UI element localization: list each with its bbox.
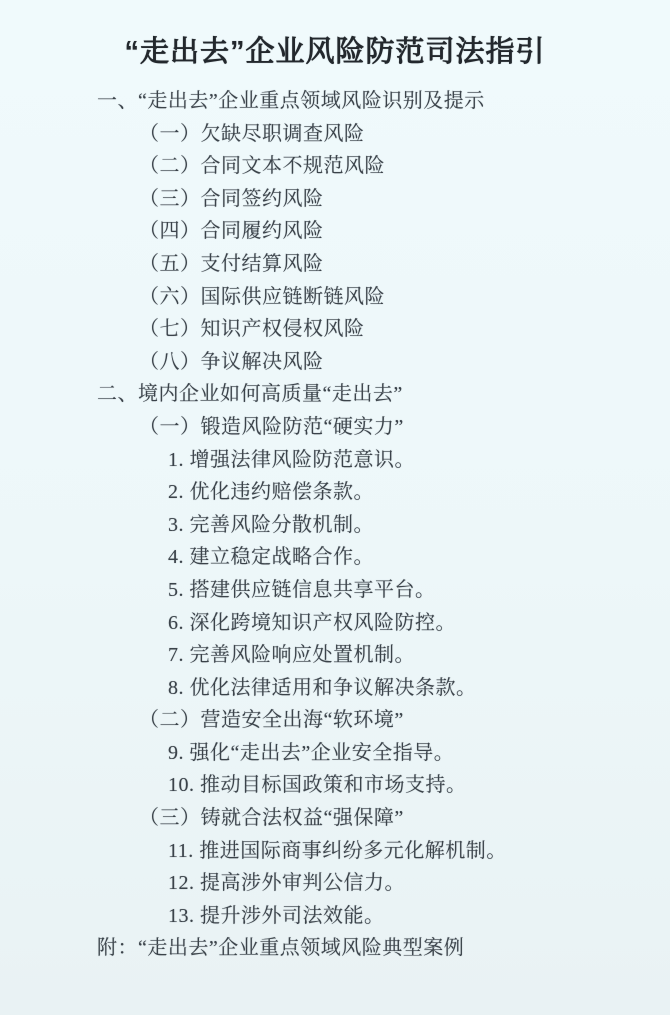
outline-item: （七）知识产权侵权风险 <box>0 313 670 346</box>
outline-item: 二、境内企业如何高质量“走出去” <box>0 378 670 411</box>
outline-item: （一）欠缺尽职调查风险 <box>0 118 670 151</box>
document-title: “走出去”企业风险防范司法指引 <box>0 0 670 74</box>
outline-item: （四）合同履约风险 <box>0 215 670 248</box>
document-page: “走出去”企业风险防范司法指引 一、“走出去”企业重点领域风险识别及提示（一）欠… <box>0 0 670 1015</box>
outline-item: （六）国际供应链断链风险 <box>0 281 670 314</box>
outline-item: 13. 提升涉外司法效能。 <box>0 900 670 933</box>
outline-item: 10. 推动目标国政策和市场支持。 <box>0 769 670 802</box>
outline-item: （二）营造安全出海“软环境” <box>0 704 670 737</box>
outline-item: 附：“走出去”企业重点领域风险典型案例 <box>0 932 670 965</box>
outline-item: （二）合同文本不规范风险 <box>0 150 670 183</box>
outline-item: （一）锻造风险防范“硬实力” <box>0 411 670 444</box>
outline-item: （八）争议解决风险 <box>0 346 670 379</box>
outline-item: （五）支付结算风险 <box>0 248 670 281</box>
outline-item: 5. 搭建供应链信息共享平台。 <box>0 574 670 607</box>
outline-item: 1. 增强法律风险防范意识。 <box>0 444 670 477</box>
outline-item: 4. 建立稳定战略合作。 <box>0 541 670 574</box>
outline-item: 3. 完善风险分散机制。 <box>0 509 670 542</box>
outline-item: 2. 优化违约赔偿条款。 <box>0 476 670 509</box>
outline-item: （三）合同签约风险 <box>0 183 670 216</box>
outline-item: （三）铸就合法权益“强保障” <box>0 802 670 835</box>
outline-item: 一、“走出去”企业重点领域风险识别及提示 <box>0 85 670 118</box>
outline-item: 6. 深化跨境知识产权风险防控。 <box>0 607 670 640</box>
outline-item: 11. 推进国际商事纠纷多元化解机制。 <box>0 835 670 868</box>
outline-item: 7. 完善风险响应处置机制。 <box>0 639 670 672</box>
outline-item: 12. 提高涉外审判公信力。 <box>0 867 670 900</box>
outline-list: 一、“走出去”企业重点领域风险识别及提示（一）欠缺尽职调查风险（二）合同文本不规… <box>0 85 670 965</box>
outline-item: 9. 强化“走出去”企业安全指导。 <box>0 737 670 770</box>
outline-item: 8. 优化法律适用和争议解决条款。 <box>0 672 670 705</box>
